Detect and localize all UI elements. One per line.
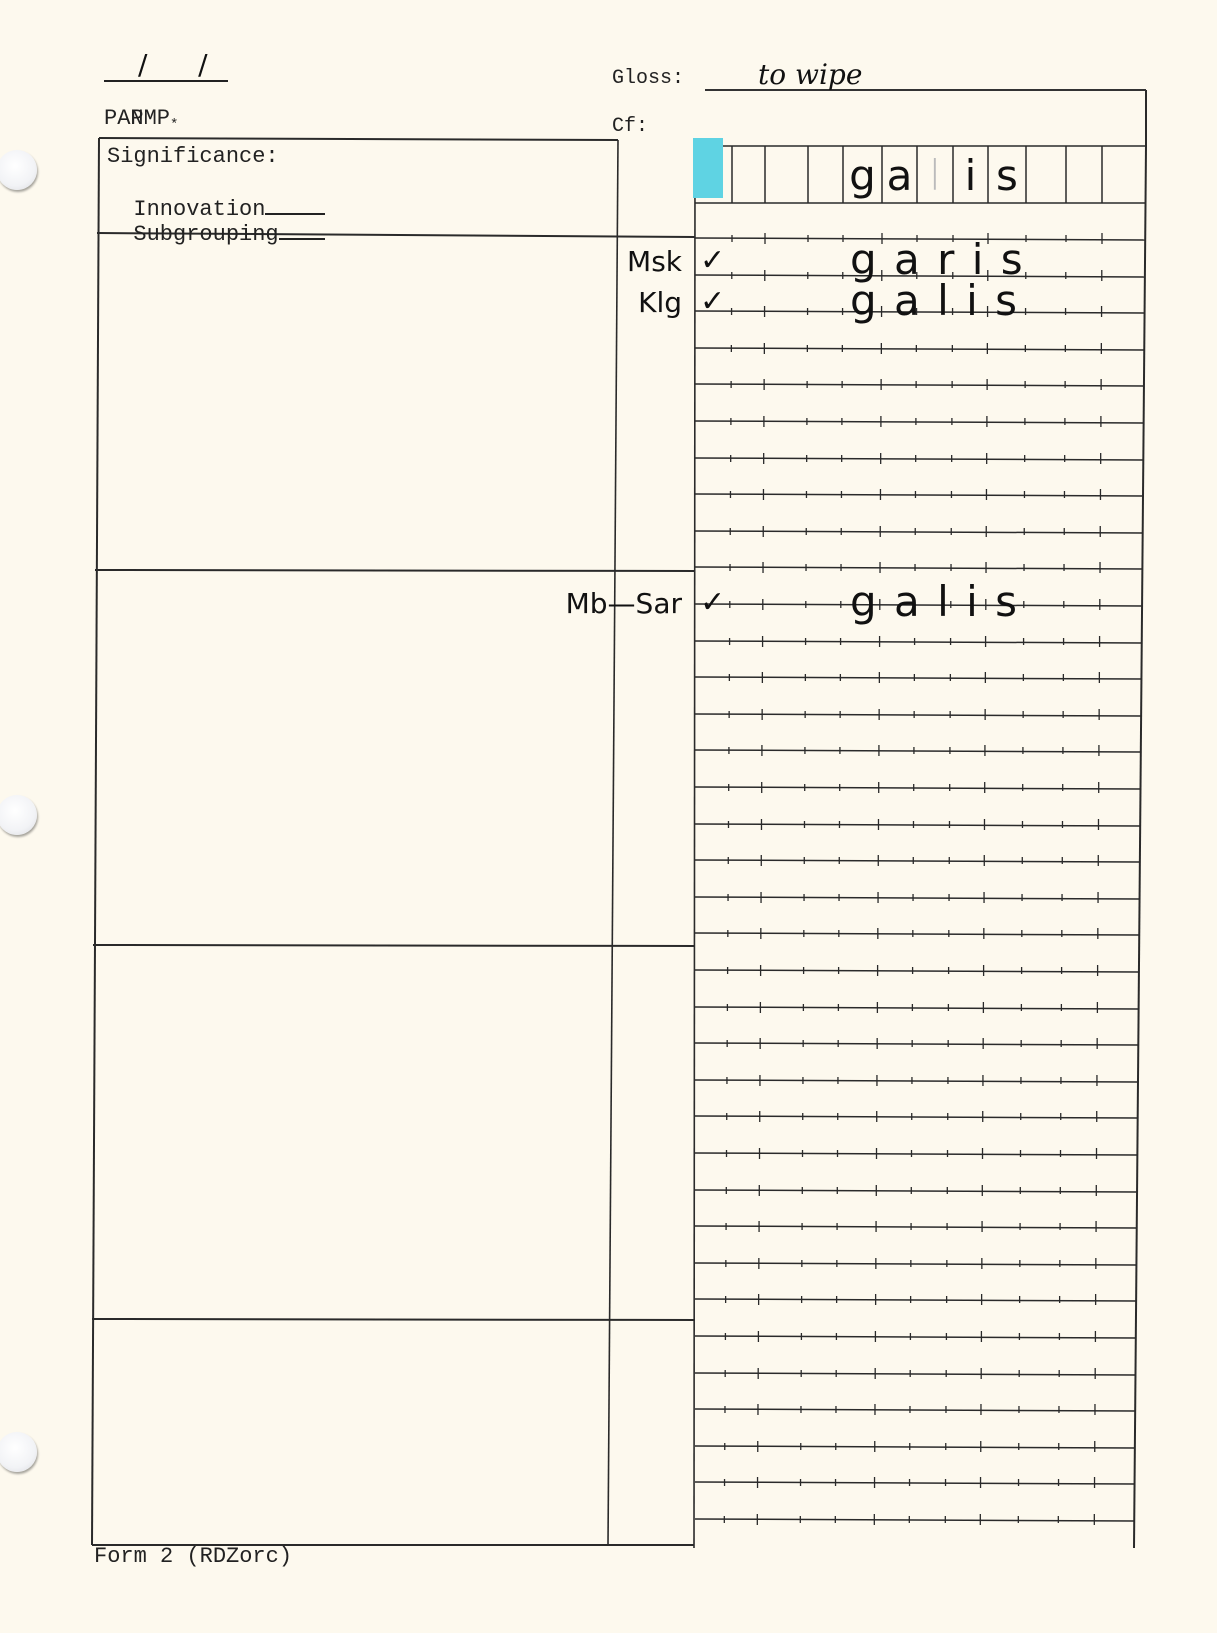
reconstruction-cell[interactable] bbox=[1102, 150, 1146, 202]
reconstruction-cell[interactable] bbox=[808, 150, 843, 202]
reconstruction-cell[interactable] bbox=[1066, 150, 1102, 202]
reconstruction-cell[interactable] bbox=[732, 150, 765, 202]
gloss-label: Gloss: bbox=[612, 66, 684, 91]
language-label: Klg bbox=[638, 286, 682, 319]
language-label: Msk bbox=[627, 245, 682, 278]
language-label: Mb—Sar bbox=[566, 587, 682, 620]
reconstruction-cell[interactable]: i bbox=[953, 150, 988, 202]
reconstruction-cell[interactable]: a bbox=[882, 150, 917, 202]
cognate-form[interactable]: g a l i s bbox=[850, 276, 1019, 325]
check-mark-icon[interactable]: ✓ bbox=[700, 585, 725, 620]
check-mark-icon[interactable]: ✓ bbox=[700, 243, 725, 278]
subgrouping-field[interactable] bbox=[279, 218, 325, 240]
reconstruction-cell[interactable] bbox=[765, 150, 808, 202]
gloss-value[interactable]: to wipe bbox=[758, 58, 862, 91]
pan-label: PAN bbox=[104, 106, 144, 131]
subgrouping-label: Subgrouping bbox=[107, 193, 325, 247]
check-mark-icon[interactable]: ✓ bbox=[700, 284, 725, 319]
reconstruction-cell[interactable]: l bbox=[917, 150, 953, 202]
significance-title: Significance: bbox=[107, 144, 279, 169]
date-marks: / / bbox=[138, 48, 214, 81]
highlight-marker[interactable] bbox=[693, 138, 723, 198]
pmp-marker: * bbox=[170, 117, 178, 133]
cognate-form[interactable]: g a l i s bbox=[850, 577, 1019, 626]
reconstruction-cell[interactable]: g bbox=[843, 150, 882, 202]
form-label: Form 2 (RDZorc) bbox=[94, 1544, 292, 1569]
reconstruction-cell[interactable]: s bbox=[988, 150, 1026, 202]
reconstruction-cell[interactable] bbox=[1026, 150, 1066, 202]
cf-label: Cf: bbox=[612, 114, 648, 139]
